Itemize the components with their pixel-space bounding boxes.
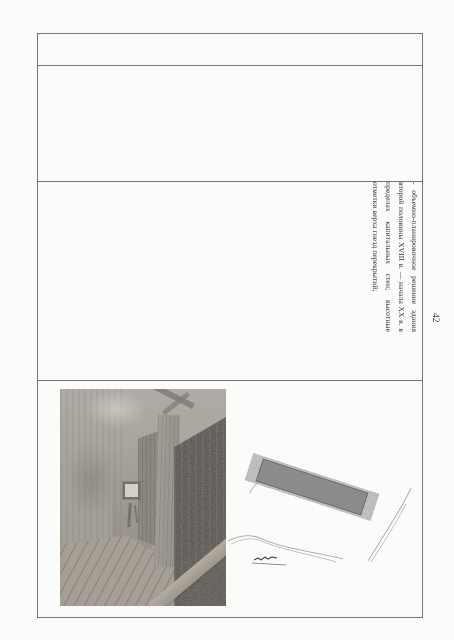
table-border-right bbox=[422, 33, 423, 618]
table-rule-top bbox=[37, 33, 423, 34]
table-rule-row2 bbox=[37, 181, 423, 182]
page-number: 42 bbox=[429, 313, 440, 323]
sketch-corner-tail bbox=[250, 482, 258, 493]
table-border-left bbox=[37, 33, 38, 618]
sketch-building-footprint bbox=[256, 459, 368, 515]
scanned-document-page: - объемно-планировочное решение здания в… bbox=[0, 0, 454, 640]
table-rule-row1 bbox=[37, 65, 423, 66]
attic-corridor-photo bbox=[60, 389, 226, 606]
sketch-contour-line bbox=[371, 504, 406, 562]
text-line: второй половины XVIII в. — начала XX в. … bbox=[395, 182, 408, 332]
photo-film-grain bbox=[60, 389, 226, 606]
table-rule-row3 bbox=[37, 380, 423, 381]
sketch-contour-line bbox=[368, 488, 411, 561]
text-line: отметки верха гнезд перекрытий; bbox=[369, 182, 382, 332]
sketch-handwritten-note bbox=[254, 557, 277, 560]
sketch-contour-line bbox=[228, 536, 343, 559]
table-rule-bottom bbox=[37, 617, 423, 618]
text-line: пределах капитальных стен; высотные bbox=[382, 182, 395, 332]
text-line: - объемно-планировочное решение здания bbox=[408, 182, 421, 332]
rotated-text-block: - объемно-планировочное решение здания в… bbox=[369, 182, 421, 332]
sketch-contour-line bbox=[231, 539, 336, 562]
sketch-note-underline bbox=[252, 563, 286, 565]
